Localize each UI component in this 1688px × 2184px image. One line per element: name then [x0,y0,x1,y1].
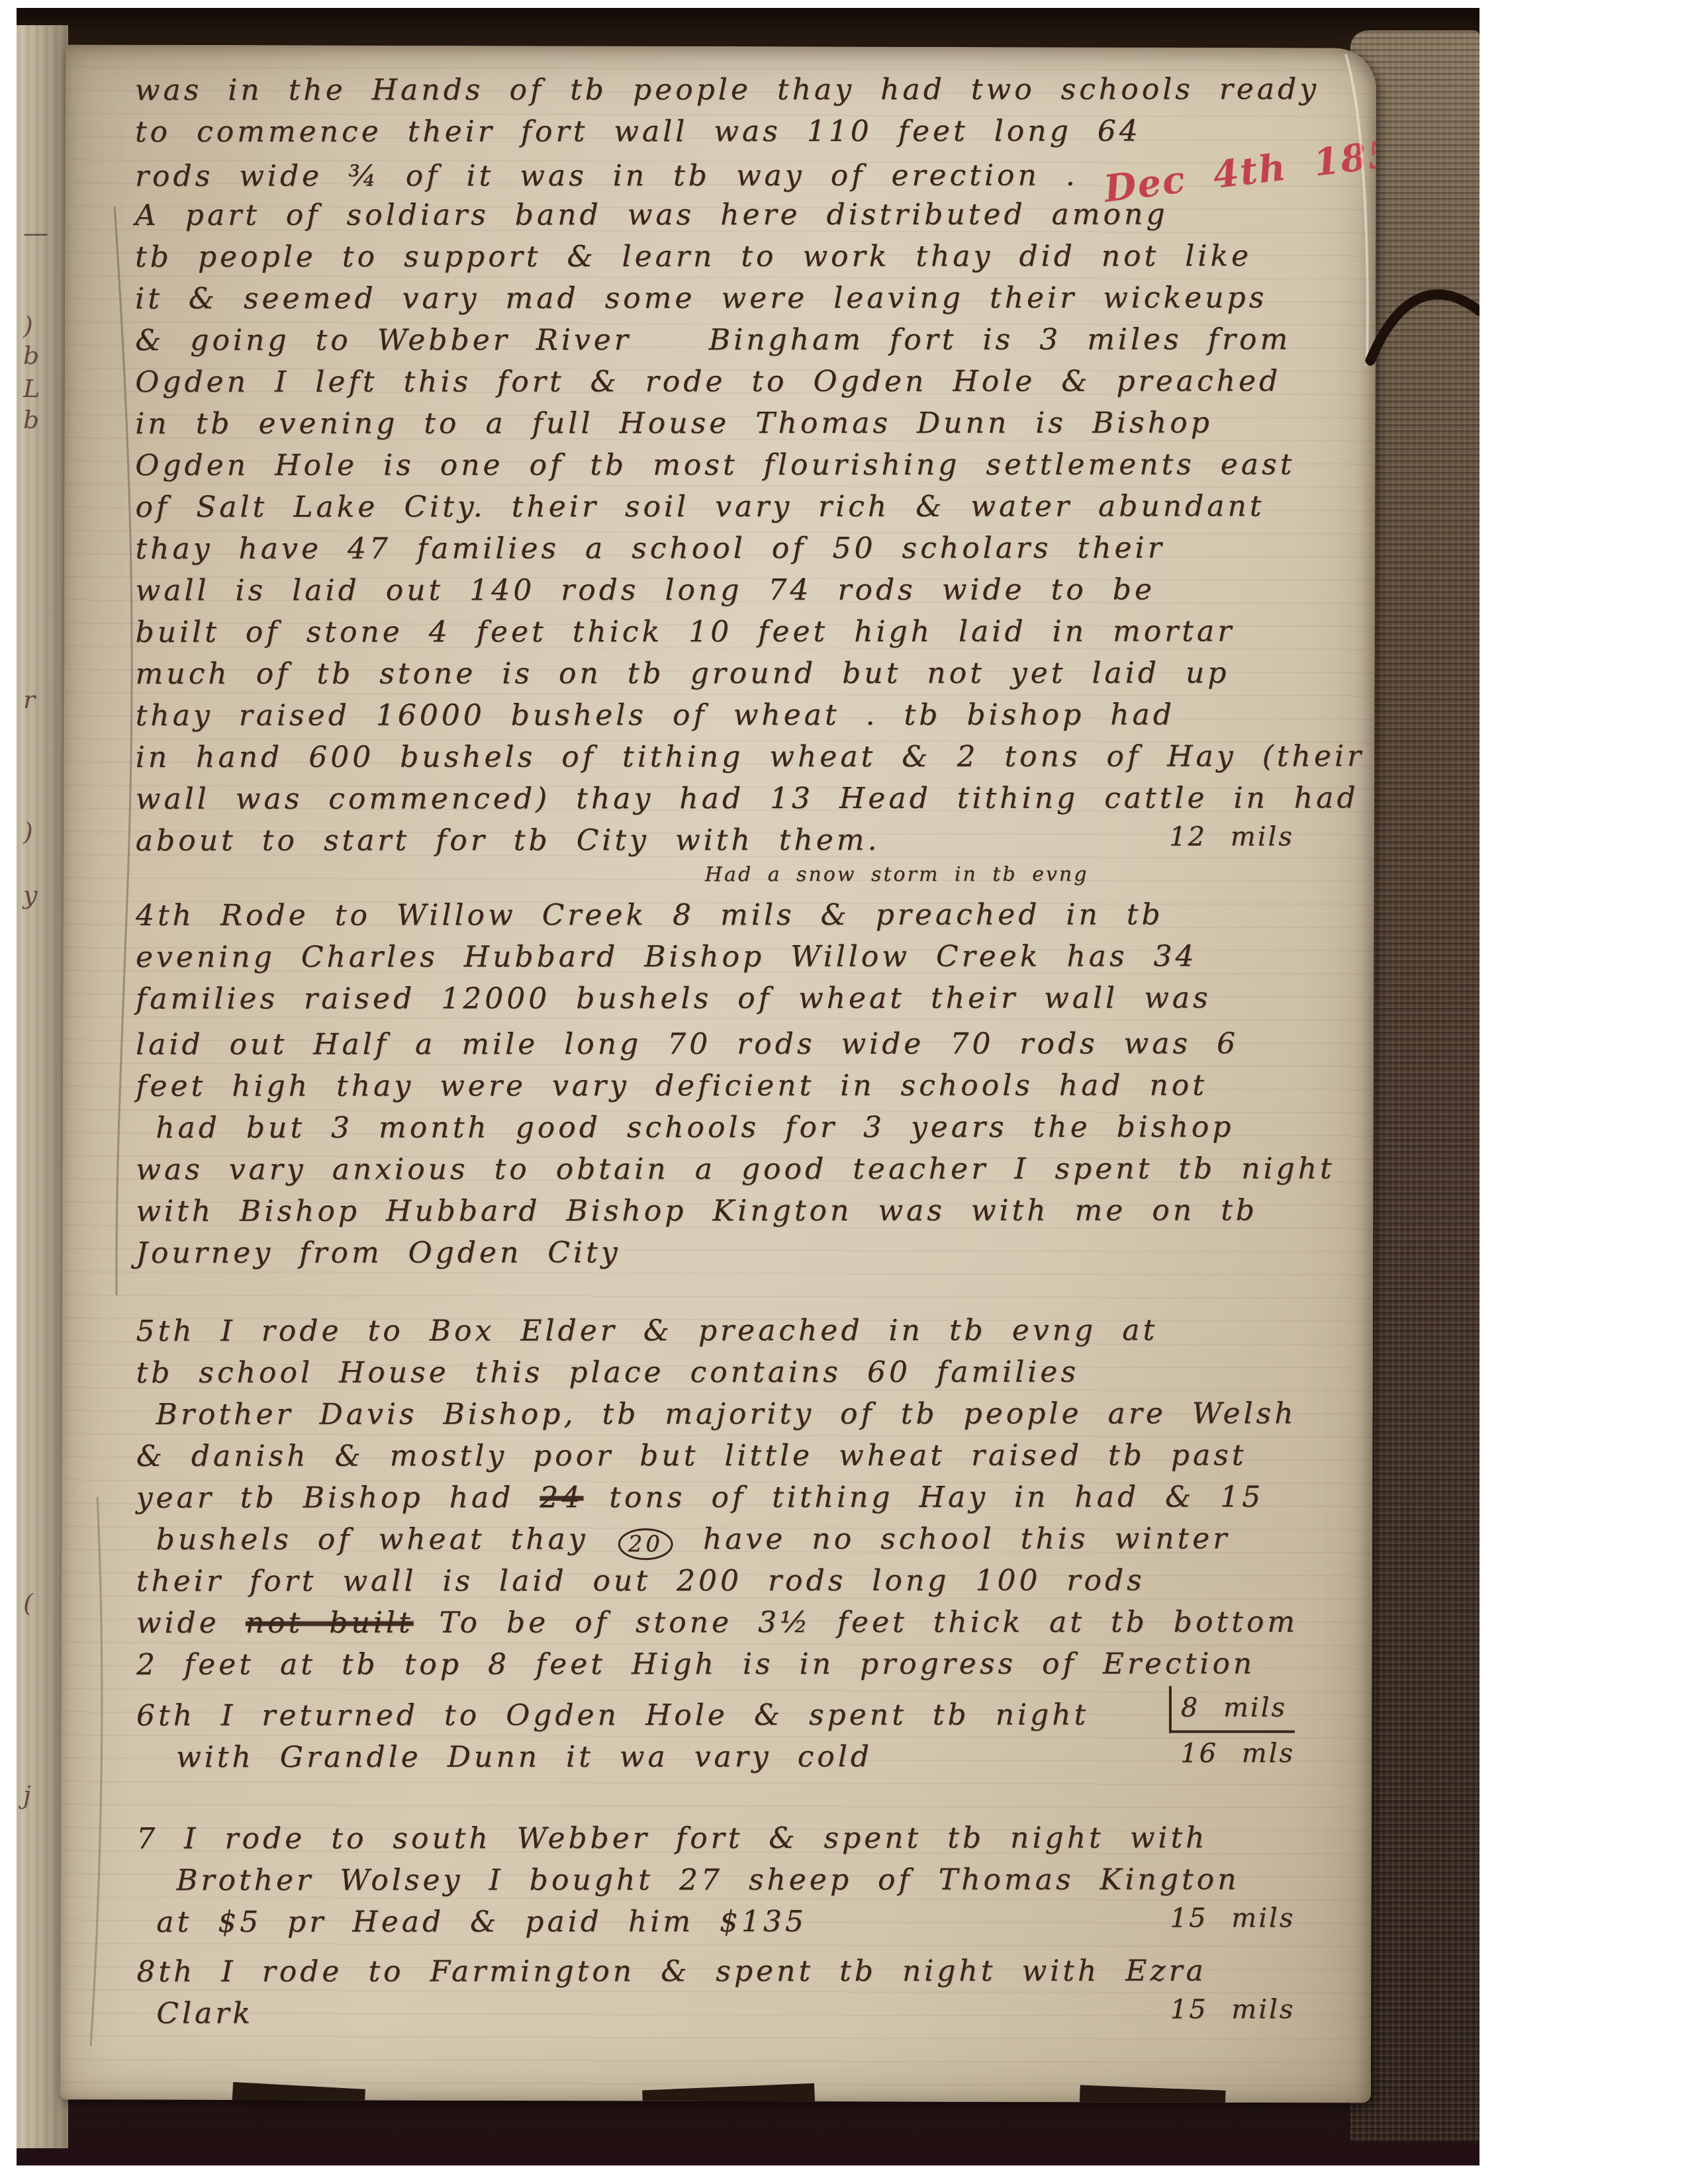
mileage-note: 8 mils [1169,1686,1295,1733]
journal-line: rods wide ¾ of it was in tb way of erect… [135,152,1353,195]
text-segment: was vary anxious to obtain a good teache… [136,1152,1335,1187]
text-segment: families raised 12000 bushels of wheat t… [136,981,1211,1015]
text-segment: with Bishop Hubbard Bishop Kington was w… [136,1193,1258,1228]
text-segment: 6th I returned to Ogden Hole & spent tb … [136,1698,1089,1733]
text-segment: in tb evening to a full House Thomas Dun… [135,406,1213,440]
text-segment: year tb Bishop had [136,1480,540,1515]
journal-line: had but 3 month good schools for 3 years… [136,1106,1354,1149]
journal-line: at $5 pr Head & paid him $13515 mils [136,1900,1354,1943]
journal-line: Brother Davis Bishop, tb majority of tb … [136,1392,1354,1435]
journal-line: much of tb stone is on tb ground but not… [136,652,1354,695]
journal-line: about to start for tb City with them.12 … [136,819,1354,862]
journal-line: wall was commenced) thay had 13 Head tit… [136,777,1354,820]
text-segment: 24 [539,1480,583,1514]
text-segment: had but 3 month good schools for 3 years… [156,1110,1234,1144]
journal-line: 8th I rode to Farmington & spent tb nigh… [136,1950,1354,1993]
text-segment: have no school this winter [677,1522,1230,1556]
journal-line: tb school House this place contains 60 f… [136,1351,1354,1394]
scan-background: { "journal": { "lines": [ {"t":"was in t… [0,0,1688,2184]
mileage-note: 12 mils [1169,816,1294,858]
text-segment: with Grandle Dunn it wa vary cold [176,1740,872,1774]
text-segment: at $5 pr Head & paid him $135 [156,1905,807,1939]
journal-line: bushels of wheat thay 20 have no school … [136,1518,1354,1561]
text-segment: in hand 600 bushels of tithing wheat & 2… [136,739,1364,774]
text-segment: was in the Hands of tb people thay had t… [135,72,1319,107]
page-bottom-tear [1079,2085,1225,2103]
journal-line: in hand 600 bushels of tithing wheat & 2… [136,735,1354,778]
text-segment: 7 I rode to south Webber fort & spent tb… [136,1821,1207,1855]
journal-line: 5th I rode to Box Elder & preached in tb… [136,1309,1354,1352]
text-segment: Ogden Hole is one of tb most flourishing… [135,447,1295,482]
text-segment: & going to Webber River Bingham fort is … [135,322,1291,357]
text-segment: it & seemed vary mad some were leaving t… [135,281,1267,315]
page-bottom-tear [642,2083,816,2103]
text-segment: feet high thay were vary deficient in sc… [136,1068,1207,1103]
text-segment: 4th Rode to Willow Creek 8 mils & preach… [136,898,1164,933]
top-shadow-band [17,8,1479,50]
text-segment: tb people to support & learn to work tha… [135,239,1252,273]
text-segment: about to start for tb City with them. [136,823,880,858]
text-segment: 20 [618,1528,673,1560]
text-segment: of Salt Lake City. their soil vary rich … [135,489,1264,523]
journal-line: their fort wall is laid out 200 rods lon… [136,1559,1354,1602]
journal-line: A part of soldiars band was here distrib… [135,193,1353,236]
journal-line: & going to Webber River Bingham fort is … [135,318,1353,361]
journal-line: was in the Hands of tb people thay had t… [135,68,1353,111]
text-segment: their fort wall is laid out 200 rods lon… [136,1564,1145,1598]
journal-line: with Grandle Dunn it wa vary cold16 mls [136,1735,1354,1778]
text-segment: thay have 47 families a school of 50 sch… [135,531,1164,566]
text-segment: thay raised 16000 bushels of wheat . tb … [136,698,1175,733]
journal-line: feet high thay were vary deficient in sc… [136,1064,1354,1107]
journal-line: Brother Wolsey I bought 27 sheep of Thom… [136,1858,1354,1901]
page-bottom-tear [232,2082,365,2103]
text-segment: 2 feet at tb top 8 feet High is in progr… [136,1647,1255,1681]
journal-line: it & seemed vary mad some were leaving t… [135,277,1353,320]
text-segment: to commence their fort wall was 110 feet… [135,114,1141,149]
text-segment: built of stone 4 feet thick 10 feet high… [136,614,1235,649]
text-segment: 8th I rode to Farmington & spent tb nigh… [136,1954,1207,1988]
mileage-note: 15 mils [1170,1897,1295,1939]
journal-line: families raised 12000 bushels of wheat t… [136,977,1354,1020]
text-segment: & danish & mostly poor but little wheat … [136,1438,1247,1473]
text-segment: 5th I rode to Box Elder & preached in tb… [136,1314,1158,1348]
journal-line: wall is laid out 140 rods long 74 rods w… [135,569,1353,612]
text-segment: Journey from Ogden City [136,1236,620,1270]
text-segment: tb school House this place contains 60 f… [136,1355,1078,1390]
text-segment: To be of stone 3½ feet thick at tb botto… [414,1605,1299,1639]
text-segment: Brother Davis Bishop, tb majority of tb … [156,1396,1297,1432]
text-segment: bushels of wheat thay [156,1522,614,1557]
text-segment: Had a snow storm in tb evng [705,863,1089,887]
journal-line: 7 I rode to south Webber fort & spent tb… [136,1817,1354,1860]
journal-line: Ogden I left this fort & rode to Ogden H… [135,360,1353,403]
mileage-note: 15 mils [1170,1989,1295,2030]
text-segment: rods wide ¾ of it was in tb way of erect… [135,159,1078,193]
journal-line: to commence their fort wall was 110 feet… [135,110,1353,153]
text-segment: A part of soldiars band was here distrib… [135,198,1168,232]
journal-line: 6th I returned to Ogden Hole & spent tb … [136,1694,1354,1737]
journal-line: thay have 47 families a school of 50 sch… [135,527,1353,570]
photo-area: —)bLbr)y(j was in the Hands of tb people… [17,8,1479,2165]
journal-line: in tb evening to a full House Thomas Dun… [135,402,1353,445]
journal-line: was vary anxious to obtain a good teache… [136,1148,1354,1191]
journal-line: Ogden Hole is one of tb most flourishing… [135,443,1353,486]
book-page: was in the Hands of tb people thay had t… [60,44,1376,2103]
journal-text: was in the Hands of tb people thay had t… [135,68,1355,2034]
journal-line: Journey from Ogden City [136,1231,1354,1274]
text-segment: much of tb stone is on tb ground but not… [136,656,1230,690]
text-segment: wall is laid out 140 rods long 74 rods w… [135,573,1155,608]
journal-line: of Salt Lake City. their soil vary rich … [135,485,1353,528]
journal-line: 4th Rode to Willow Creek 8 mils & preach… [136,893,1354,936]
text-segment: Brother Wolsey I bought 27 sheep of Thom… [176,1862,1239,1897]
journal-line: laid out Half a mile long 70 rods wide 7… [136,1023,1354,1066]
text-segment: Ogden I left this fort & rode to Ogden H… [135,364,1281,399]
journal-line: wide not built To be of stone 3½ feet th… [136,1601,1354,1644]
journal-line: year tb Bishop had 24 tons of tithing Ha… [136,1476,1354,1519]
text-segment: tons of tithing Hay in had & 15 [583,1480,1264,1514]
mileage-note: 16 mls [1180,1733,1295,1774]
journal-line: with Bishop Hubbard Bishop Kington was w… [136,1189,1354,1232]
journal-line: Had a snow storm in tb evng [136,860,1354,889]
journal-line: Clark15 mils [136,1991,1354,2034]
journal-line: & danish & mostly poor but little wheat … [136,1434,1354,1477]
text-segment: wide [136,1606,246,1640]
text-segment: evening Charles Hubbard Bishop Willow Cr… [136,940,1197,974]
journal-line: 2 feet at tb top 8 feet High is in progr… [136,1643,1354,1686]
journal-line: evening Charles Hubbard Bishop Willow Cr… [136,935,1354,978]
text-segment: not built [246,1606,414,1640]
text-segment: laid out Half a mile long 70 rods wide 7… [136,1026,1239,1061]
journal-line: tb people to support & learn to work tha… [135,235,1353,278]
text-segment: wall was commenced) thay had 13 Head tit… [136,781,1359,816]
journal-line: built of stone 4 feet thick 10 feet high… [136,610,1354,653]
text-segment: Clark [156,1997,254,2030]
journal-line: thay raised 16000 bushels of wheat . tb … [136,694,1354,737]
